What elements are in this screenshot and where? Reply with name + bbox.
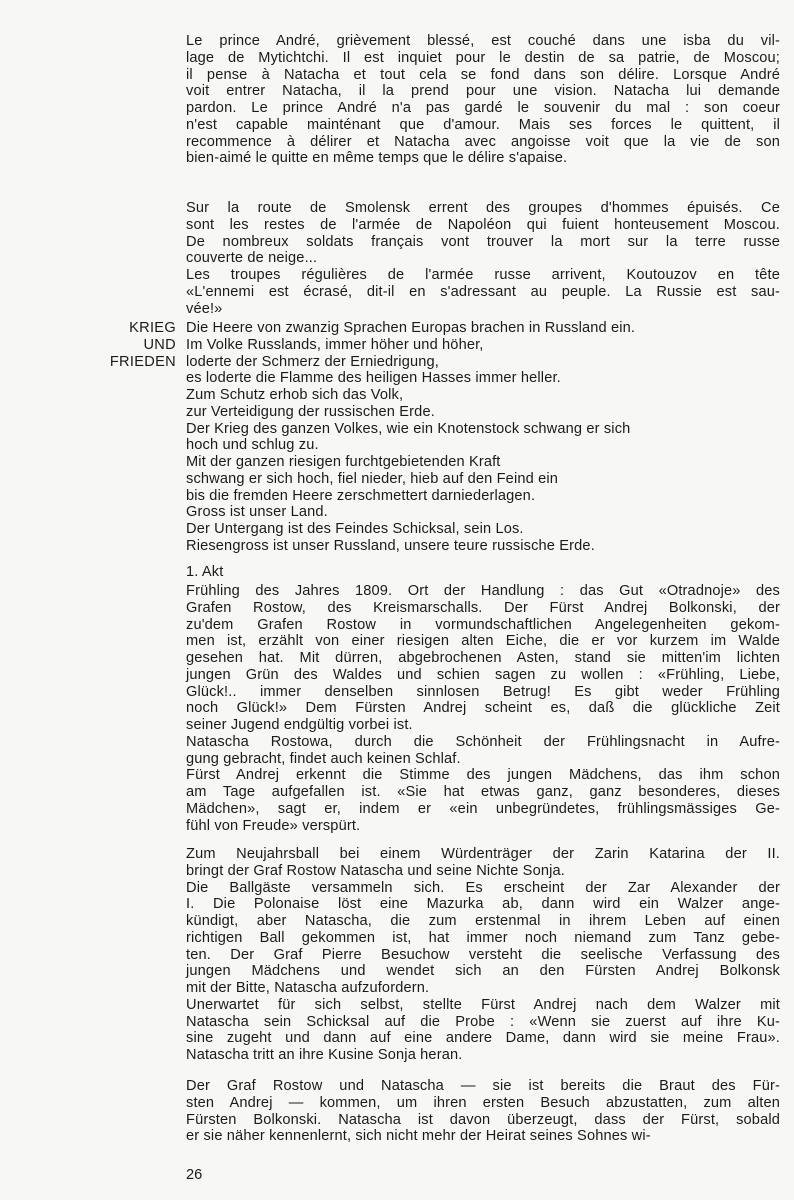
text-line: Frühling des Jahres 1809. Ort der Handlu… — [186, 583, 780, 600]
act-heading: 1. Akt — [186, 564, 780, 581]
text-line: loderte der Schmerz der Erniedrigung, — [186, 354, 780, 371]
text-line: Le prince André, grièvement blessé, est … — [186, 33, 780, 50]
text-line: il pense à Natacha et tout cela se fond … — [186, 67, 780, 84]
text-line: Les troupes régulières de l'armée russe … — [186, 267, 780, 284]
text-line: sine zugeht und dann auf eine andere Dam… — [186, 1030, 780, 1047]
text-line: Mit der ganzen riesigen furchtgebietende… — [186, 454, 780, 471]
text-line: jungen Mädchens und wendet sich an den F… — [186, 963, 780, 980]
text-line: men ist, erzählt von einer riesigen alte… — [186, 633, 780, 650]
text-line: lage de Mytichtchi. Il est inquiet pour … — [186, 50, 780, 67]
text-line: sont les restes de l'armée de Napoléon q… — [186, 217, 780, 234]
text-line: Der Untergang ist des Feindes Schicksal,… — [186, 521, 780, 538]
text-line: seiner Jugend endgültig vorbei ist. — [186, 717, 780, 734]
page-number: 26 — [186, 1167, 202, 1183]
text-line: Im Volke Russlands, immer höher und höhe… — [186, 337, 780, 354]
paragraph-french-smolensk: Sur la route de Smolensk errent des grou… — [186, 200, 780, 317]
side-title-line: FRIEDEN — [60, 354, 176, 371]
text-line: schwang er sich hoch, fiel nieder, hieb … — [186, 471, 780, 488]
text-line: I. Die Polonaise löst eine Mazurka ab, d… — [186, 896, 780, 913]
text-line: Die Ballgäste versammeln sich. Es ersche… — [186, 880, 780, 897]
text-line: pardon. Le prince André n'a pas gardé le… — [186, 100, 780, 117]
text-line: am Tage aufgefallen ist. «Sie hat etwas … — [186, 784, 780, 801]
text-line: «L'ennemi est écrasé, dit-il en s'adress… — [186, 284, 780, 301]
text-line: Zum Schutz erhob sich das Volk, — [186, 387, 780, 404]
text-line: Die Heere von zwanzig Sprachen Europas b… — [186, 320, 780, 337]
text-line: couverte de neige... — [186, 250, 780, 267]
text-line: recommence à délirer et Natacha avec ang… — [186, 134, 780, 151]
text-line: zur Verteidigung der russischen Erde. — [186, 404, 780, 421]
text-line: Gross ist unser Land. — [186, 504, 780, 521]
text-line: Grafen Rostow, des Kreismarschalls. Der … — [186, 600, 780, 617]
german-poem: Die Heere von zwanzig Sprachen Europas b… — [186, 320, 780, 555]
side-title-line: KRIEG — [60, 320, 176, 337]
text-line: kündigt, aber Natascha, die zum erstenma… — [186, 913, 780, 930]
text-line: ten. Der Graf Pierre Besuchow versteht d… — [186, 947, 780, 964]
paragraph-act1-visit: Der Graf Rostow und Natascha — sie ist b… — [186, 1078, 780, 1145]
text-line: 1. Akt — [186, 564, 780, 581]
text-line: gesehen hat. Mit dürren, abgebrochenen A… — [186, 650, 780, 667]
text-line: mit der Bitte, Natascha aufzufordern. — [186, 980, 780, 997]
text-line: Fürst Andrej erkennt die Stimme des jung… — [186, 767, 780, 784]
text-line: voit entrer Natacha, il la prend pour un… — [186, 83, 780, 100]
text-line: er sie näher kennenlernt, sich nicht meh… — [186, 1128, 780, 1145]
side-title-krieg-und-frieden: KRIEG UND FRIEDEN — [60, 320, 176, 370]
text-line: Mädchen», sagt er, indem er «ein unbegrü… — [186, 801, 780, 818]
text-line: n'est capable mainténant que d'amour. Ma… — [186, 117, 780, 134]
text-line: Der Krieg des ganzen Volkes, wie ein Kno… — [186, 421, 780, 438]
text-line: vée!» — [186, 301, 780, 318]
text-line: Riesengross ist unser Russland, unsere t… — [186, 538, 780, 555]
text-line: fühl von Freude» verspürt. — [186, 818, 780, 835]
text-line: noch Glück!» Dem Fürsten Andrej scheint … — [186, 700, 780, 717]
text-line: De nombreux soldats français vont trouve… — [186, 234, 780, 251]
text-line: sten Andrej — kommen, um ihren ersten Be… — [186, 1095, 780, 1112]
paragraph-act1-ball: Zum Neujahrsball bei einem Würdenträger … — [186, 846, 780, 1064]
text-line: Fürsten Bolkonski. Natascha ist davon üb… — [186, 1112, 780, 1129]
text-line: bringt der Graf Rostow Natascha und sein… — [186, 863, 780, 880]
paragraph-act1-spring: Frühling des Jahres 1809. Ort der Handlu… — [186, 583, 780, 834]
text-line: bien-aimé le quitte en même temps que le… — [186, 150, 780, 167]
text-line: zu'dem Grafen Rostow in vormundschaftlic… — [186, 617, 780, 634]
text-line: jungen Grün des Waldes und schien sagen … — [186, 667, 780, 684]
paragraph-french-prince-andre: Le prince André, grièvement blessé, est … — [186, 33, 780, 167]
text-line: hoch und schlug zu. — [186, 437, 780, 454]
text-line: Natascha sein Schicksal auf die Probe : … — [186, 1014, 780, 1031]
text-line: richtigen Ball gekommen ist, hat immer n… — [186, 930, 780, 947]
text-line: Sur la route de Smolensk errent des grou… — [186, 200, 780, 217]
text-line: Unerwartet für sich selbst, stellte Fürs… — [186, 997, 780, 1014]
side-title-line: UND — [60, 337, 176, 354]
text-line: es loderte die Flamme des heiligen Hasse… — [186, 370, 780, 387]
text-line: bis die fremden Heere zerschmettert darn… — [186, 488, 780, 505]
text-line: Der Graf Rostow und Natascha — sie ist b… — [186, 1078, 780, 1095]
text-line: Natascha tritt an ihre Kusine Sonja hera… — [186, 1047, 780, 1064]
text-line: Glück!.. immer denselben sinnlosen Betru… — [186, 684, 780, 701]
document-page: Le prince André, grièvement blessé, est … — [0, 0, 794, 1200]
text-line: gung gebracht, findet auch keinen Schlaf… — [186, 751, 780, 768]
text-line: Zum Neujahrsball bei einem Würdenträger … — [186, 846, 780, 863]
text-line: Natascha Rostowa, durch die Schönheit de… — [186, 734, 780, 751]
